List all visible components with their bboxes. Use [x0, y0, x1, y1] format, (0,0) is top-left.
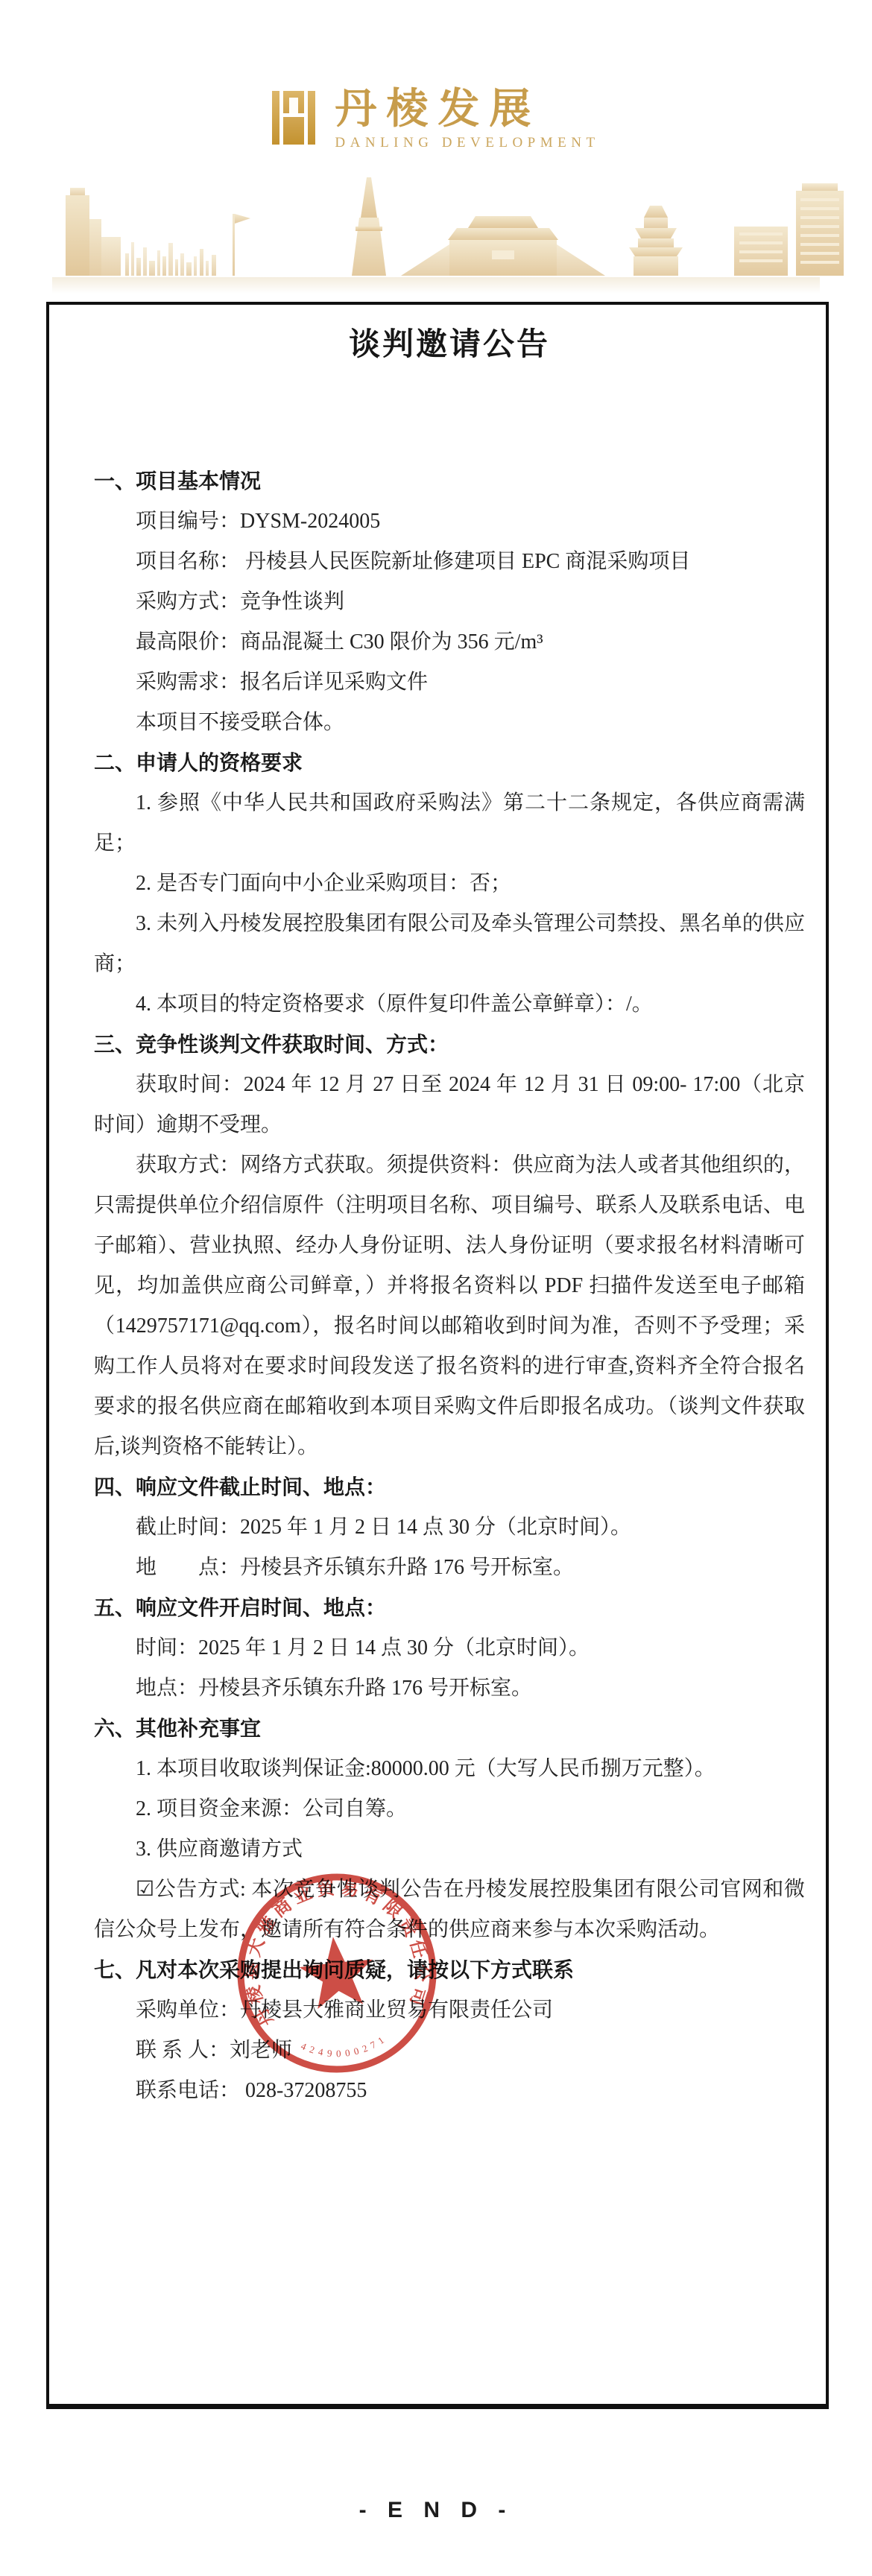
obtain-time-paragraph: 获取时间：2024 年 12 月 27 日至 2024 年 12 月 31 日 … — [94, 1065, 805, 1145]
section-3-heading: 三、竞争性谈判文件获取时间、方式： — [94, 1025, 805, 1065]
funding-source-line: 2. 项目资金来源：公司自筹。 — [94, 1789, 805, 1829]
invitation-method-line: 3. 供应商邀请方式 — [94, 1829, 805, 1870]
logo-mid-bottom — [283, 117, 304, 145]
logo-mid-column — [283, 91, 304, 145]
section-5-heading: 五、响应文件开启时间、地点： — [94, 1588, 805, 1628]
company-seal: 丹棱县大雅商业贸易有限责任公司 4249000271 — [218, 1855, 456, 2092]
logo-text: 丹棱发展 DANLING DEVELOPMENT — [335, 86, 599, 151]
project-name-line: 项目名称： 丹棱县人民医院新址修建项目 EPC 商混采购项目 — [94, 542, 805, 582]
section-1-heading: 一、项目基本情况 — [94, 461, 805, 501]
logo-door-shape — [289, 98, 298, 113]
logo-name-cn: 丹棱发展 — [335, 86, 599, 133]
price-limit-line: 最高限价：商品混凝土 C30 限价为 356 元/m³ — [94, 622, 805, 662]
deadline-place-line: 地 点：丹棱县齐乐镇东升路 176 号开标室。 — [94, 1548, 805, 1588]
header-fade-strip — [52, 277, 820, 294]
opening-time-line: 时间：2025 年 1 月 2 日 14 点 30 分（北京时间）。 — [94, 1628, 805, 1668]
end-label: - E N D - — [0, 2498, 872, 2523]
contact-phone-line: 联系电话： 028-37208755 — [94, 2071, 805, 2111]
obtain-method-paragraph: 获取方式：网络方式获取。须提供资料：供应商为法人或者其他组织的，只需提供单位介绍… — [94, 1145, 805, 1467]
page-title: 谈判邀请公告 — [94, 324, 805, 366]
logo-mid-top — [283, 91, 304, 113]
city-skyline-illustration — [0, 173, 872, 285]
no-consortium-line: 本项目不接受联合体。 — [94, 703, 805, 743]
qualification-item-4: 4. 本项目的特定资格要求（原件复印件盖公章鲜章）：/。 — [94, 984, 805, 1025]
logo-mark-icon — [272, 91, 315, 145]
qualification-item-2: 2. 是否专门面向中小企业采购项目：否； — [94, 864, 805, 904]
qualification-item-3: 3. 未列入丹棱发展控股集团有限公司及牵头管理公司禁投、黑名单的供应商； — [94, 904, 805, 984]
section-6-heading: 六、其他补充事宜 — [94, 1709, 805, 1749]
section-4-heading: 四、响应文件截止时间、地点： — [94, 1467, 805, 1507]
announcement-method-paragraph: ☑公告方式: 本次竞争性谈判公告在丹棱发展控股集团有限公司官网和微信公众号上发布… — [94, 1870, 805, 1950]
seal-star-icon — [297, 1933, 377, 2010]
logo-bar-right — [308, 91, 315, 145]
project-number-line: 项目编号：DYSM-2024005 — [94, 501, 805, 542]
section-7-heading: 七、凡对本次采购提出询问质疑，请按以下方式联系 — [94, 1950, 805, 1990]
opening-place-line: 地点：丹棱县齐乐镇东升路 176 号开标室。 — [94, 1668, 805, 1709]
deposit-line: 1. 本项目收取谈判保证金:80000.00 元（大写人民币捌万元整）。 — [94, 1749, 805, 1789]
letterhead: 丹棱发展 DANLING DEVELOPMENT — [0, 0, 872, 298]
company-logo: 丹棱发展 DANLING DEVELOPMENT — [0, 86, 872, 151]
procurement-demand-line: 采购需求：报名后详见采购文件 — [94, 662, 805, 703]
logo-bar-left — [272, 91, 279, 145]
announcement-page: 谈判邀请公告 一、项目基本情况 项目编号：DYSM-2024005 项目名称： … — [46, 302, 829, 2409]
procurement-method-line: 采购方式：竞争性谈判 — [94, 582, 805, 622]
qualification-item-1: 1. 参照《中华人民共和国政府采购法》第二十二条规定，各供应商需满足； — [94, 783, 805, 864]
section-2-heading: 二、申请人的资格要求 — [94, 743, 805, 783]
logo-name-en: DANLING DEVELOPMENT — [335, 135, 599, 151]
deadline-time-line: 截止时间：2025 年 1 月 2 日 14 点 30 分（北京时间）。 — [94, 1507, 805, 1548]
